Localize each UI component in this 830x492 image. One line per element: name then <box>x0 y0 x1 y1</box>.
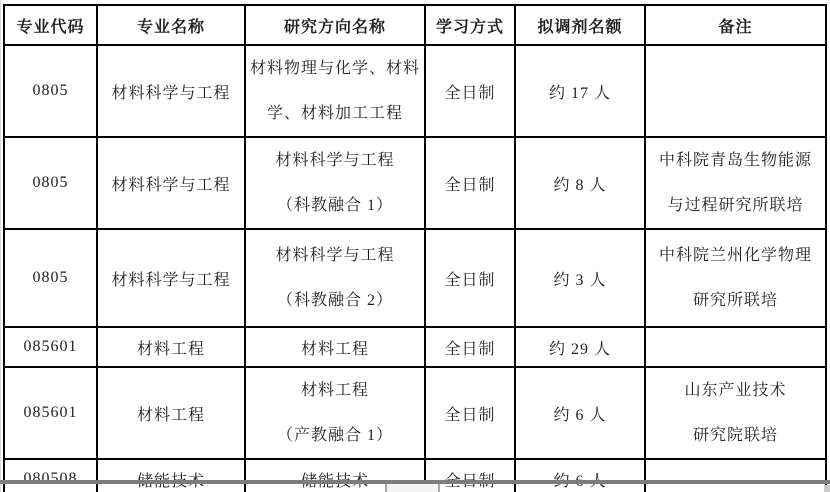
header-remark: 备注 <box>645 5 826 45</box>
table-row: 0805 材料科学与工程 材料科学与工程 （科教融合 2） 全日制 约 3 人 … <box>4 229 826 327</box>
direction-line: （科教融合 1） <box>246 183 424 228</box>
table-row: 085601 材料工程 材料工程 全日制 约 29 人 <box>4 327 826 367</box>
cell-major-name: 材料科学与工程 <box>97 45 245 137</box>
cell-major-code: 085601 <box>4 327 97 367</box>
cell-remark <box>645 45 826 137</box>
cell-remark <box>645 459 826 492</box>
cell-remark: 中科院青岛生物能源 与过程研究所联培 <box>645 137 826 229</box>
direction-line: （产教融合 1） <box>246 413 424 458</box>
header-major-code: 专业代码 <box>4 5 97 45</box>
cell-quota: 约 8 人 <box>515 137 645 229</box>
direction-line: 材料工程 <box>246 368 424 413</box>
cell-quota: 约 29 人 <box>515 327 645 367</box>
page-left-edge-line <box>0 0 1 492</box>
cell-major-code: 0805 <box>4 45 97 137</box>
cell-remark: 山东产业技术 研究院联培 <box>645 367 826 459</box>
cell-quota: 约 17 人 <box>515 45 645 137</box>
header-quota: 拟调剂名额 <box>515 5 645 45</box>
header-study-mode: 学习方式 <box>425 5 515 45</box>
cell-remark <box>645 327 826 367</box>
remark-line: 山东产业技术 <box>646 368 825 413</box>
cell-major-name: 材料科学与工程 <box>97 229 245 327</box>
cell-study-mode: 全日制 <box>425 45 515 137</box>
cell-study-mode: 全日制 <box>425 367 515 459</box>
header-research-direction: 研究方向名称 <box>245 5 425 45</box>
cell-major-code: 0805 <box>4 229 97 327</box>
cell-quota: 约 6 人 <box>515 459 645 492</box>
cell-major-name: 材料工程 <box>97 367 245 459</box>
cell-research-direction: 材料工程 （产教融合 1） <box>245 367 425 459</box>
cell-major-code: 085601 <box>4 367 97 459</box>
remark-line: 与过程研究所联培 <box>646 183 825 228</box>
cell-study-mode: 全日制 <box>425 327 515 367</box>
horizontal-scrollbar-thumb[interactable] <box>385 484 440 492</box>
cell-major-code: 0805 <box>4 137 97 229</box>
cell-major-name: 材料工程 <box>97 327 245 367</box>
cell-quota: 约 6 人 <box>515 367 645 459</box>
remark-line: 研究院联培 <box>646 413 825 458</box>
cell-major-name: 储能技术 <box>97 459 245 492</box>
adjustment-quota-table: 专业代码 专业名称 研究方向名称 学习方式 拟调剂名额 备注 0805 材料科学… <box>3 4 827 492</box>
remark-line: 中科院青岛生物能源 <box>646 138 825 183</box>
cell-study-mode: 全日制 <box>425 229 515 327</box>
direction-line: 材料物理与化学、材料 <box>246 46 424 91</box>
header-major-name: 专业名称 <box>97 5 245 45</box>
cell-study-mode: 全日制 <box>425 137 515 229</box>
cell-research-direction: 材料科学与工程 （科教融合 1） <box>245 137 425 229</box>
direction-line: 材料科学与工程 <box>246 233 424 278</box>
cell-quota: 约 3 人 <box>515 229 645 327</box>
table-row: 085601 材料工程 材料工程 （产教融合 1） 全日制 约 6 人 山东产业… <box>4 367 826 459</box>
cell-major-code: 080508 <box>4 459 97 492</box>
table-row: 0805 材料科学与工程 材料物理与化学、材料 学、材料加工工程 全日制 约 1… <box>4 45 826 137</box>
remark-line: 研究所联培 <box>646 278 825 323</box>
remark-line: 中科院兰州化学物理 <box>646 233 825 278</box>
table-row: 0805 材料科学与工程 材料科学与工程 （科教融合 1） 全日制 约 8 人 … <box>4 137 826 229</box>
cell-research-direction: 材料科学与工程 （科教融合 2） <box>245 229 425 327</box>
cell-remark: 中科院兰州化学物理 研究所联培 <box>645 229 826 327</box>
header-row: 专业代码 专业名称 研究方向名称 学习方式 拟调剂名额 备注 <box>4 5 826 45</box>
direction-line: （科教融合 2） <box>246 278 424 323</box>
direction-line: 材料科学与工程 <box>246 138 424 183</box>
direction-line: 学、材料加工工程 <box>246 91 424 136</box>
scrollbar-corner-mark <box>824 485 830 492</box>
document-page: 专业代码 专业名称 研究方向名称 学习方式 拟调剂名额 备注 0805 材料科学… <box>0 0 830 492</box>
cell-research-direction: 材料工程 <box>245 327 425 367</box>
cell-research-direction: 材料物理与化学、材料 学、材料加工工程 <box>245 45 425 137</box>
cell-major-name: 材料科学与工程 <box>97 137 245 229</box>
